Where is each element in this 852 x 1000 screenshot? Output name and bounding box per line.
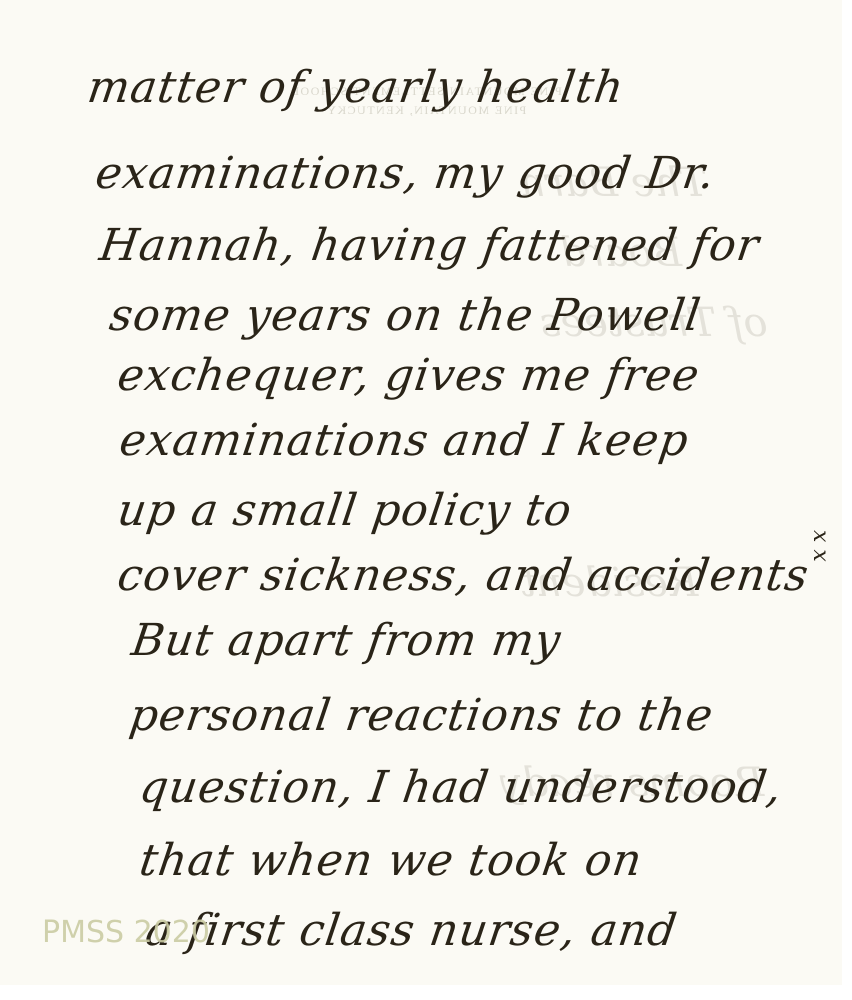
margin-note: x x bbox=[808, 530, 833, 562]
handwritten-line: Hannah, having fattened for bbox=[96, 220, 762, 271]
handwritten-line: cover sickness, and accidents bbox=[114, 550, 812, 601]
handwritten-line: some years on the Powell bbox=[106, 290, 704, 341]
handwritten-line: that when we took on bbox=[136, 835, 645, 886]
watermark: PMSS 2020 bbox=[42, 915, 210, 950]
handwritten-line: But apart from my bbox=[128, 615, 564, 666]
handwritten-line: examinations, my good Dr. bbox=[92, 148, 718, 199]
handwritten-line: exchequer, gives me free bbox=[114, 350, 703, 401]
handwritten-line: personal reactions to the bbox=[126, 690, 716, 741]
handwritten-line: up a small policy to bbox=[114, 485, 575, 536]
handwritten-line: a first class nurse, and bbox=[142, 905, 680, 956]
handwritten-line: matter of yearly health bbox=[84, 62, 627, 113]
letter-page: PINE MOUNTAIN SETTLEMENT SCHOOL PINE MOU… bbox=[0, 0, 842, 985]
handwritten-line: question, I had understood, bbox=[136, 762, 785, 813]
handwritten-line: examinations and I keep bbox=[116, 415, 692, 466]
